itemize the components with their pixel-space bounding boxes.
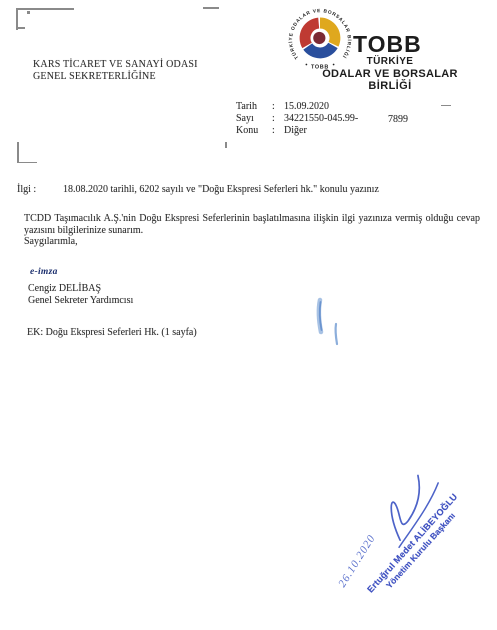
org-name-line2: ODALAR VE BORSALAR: [310, 69, 470, 80]
reference-label: İlgi :: [17, 184, 36, 195]
org-name-line1: TÜRKİYE: [340, 57, 440, 67]
meta-row-subject: Konu : Diğer: [236, 125, 358, 137]
scan-mark-dot: [27, 11, 30, 14]
emblem-left-dot: [306, 64, 308, 66]
recipient-line2: GENEL SEKRETERLİĞİNE: [33, 71, 198, 83]
e-signature-label: e-imza: [30, 267, 58, 277]
org-acronym: TOBB: [353, 33, 422, 56]
scan-mark-left-bracket-h: [17, 162, 37, 164]
signer-name: Cengiz DELİBAŞ: [28, 283, 101, 294]
org-name-line3: BİRLİĞİ: [330, 81, 450, 92]
scan-mark-left-bracket-v: [17, 142, 19, 163]
closing-salutation: Saygılarımla,: [24, 236, 78, 247]
meta-label-number: Sayı: [236, 113, 272, 125]
reference-text: 18.08.2020 tarihli, 6202 sayılı ve "Doğu…: [63, 184, 379, 195]
meta-row-date: Tarih : 15.09.2020: [236, 101, 358, 113]
meta-separator: :: [272, 113, 284, 125]
meta-label-date: Tarih: [236, 101, 272, 113]
pen-mark-icon: [306, 294, 350, 350]
scan-mark-small-tick: [225, 142, 227, 148]
approval-stamp: 26.10.2020 Ertuğrul Medet ALİBEYOĞLU Yön…: [301, 431, 479, 614]
meta-value-subject: Diğer: [284, 125, 358, 137]
signer-title: Genel Sekreter Yardımcısı: [28, 295, 133, 306]
scan-mark-top-dash: [203, 7, 219, 9]
document-number: 7899: [388, 114, 408, 125]
recipient-address: KARS TİCARET VE SANAYİ ODASI GENEL SEKRE…: [33, 59, 198, 82]
meta-value-number: 34221550-045.99-: [284, 113, 358, 125]
meta-label-subject: Konu: [236, 125, 272, 137]
recipient-line1: KARS TİCARET VE SANAYİ ODASI: [33, 59, 198, 71]
meta-separator: :: [272, 101, 284, 113]
body-paragraph: TCDD Taşımacılık A.Ş.'nin Doğu Ekspresi …: [24, 213, 480, 236]
meta-row-number: Sayı : 34221550-045.99-: [236, 113, 358, 125]
scanned-letter-page: TÜRKİYE ODALAR VE BORSALAR BİRLİĞİ TOBB …: [0, 0, 497, 630]
meta-block: Tarih : 15.09.2020 Sayı : 34221550-045.9…: [236, 101, 358, 138]
scan-mark-right-dash: [441, 105, 451, 106]
attachment-line: EK: Doğu Ekspresi Seferleri Hk. (1 sayfa…: [27, 327, 197, 338]
emblem-center: [313, 32, 325, 44]
scan-mark-top-left-h: [16, 8, 74, 10]
meta-value-date: 15.09.2020: [284, 101, 358, 113]
scan-mark-tick: [17, 27, 25, 29]
meta-separator: :: [272, 125, 284, 137]
pen-stroke-small: [336, 324, 337, 344]
emblem-right-dot: [333, 64, 335, 66]
